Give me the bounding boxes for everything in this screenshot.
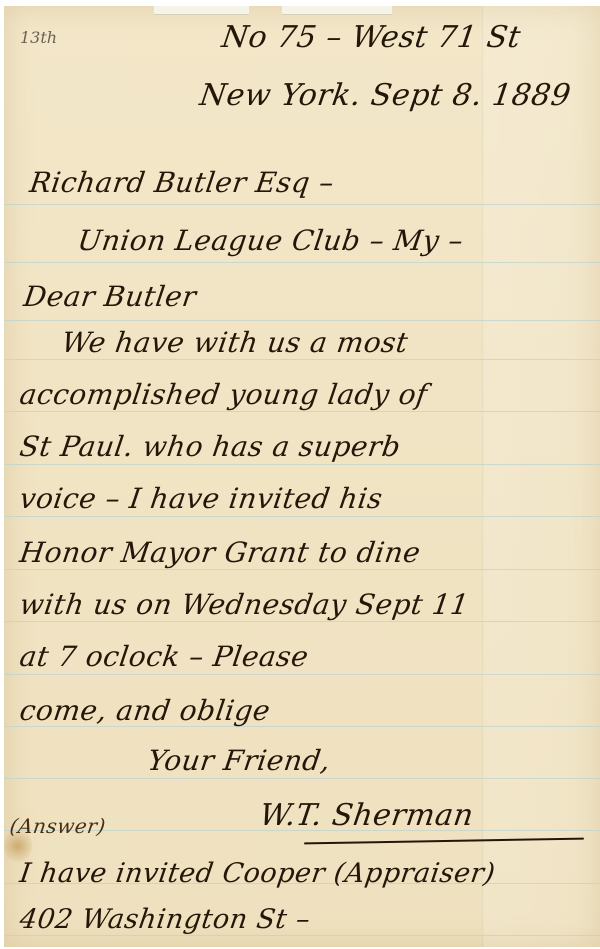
postscript-line: 402 Washington St – bbox=[18, 904, 313, 935]
ruled-line bbox=[4, 411, 600, 412]
postscript-line: I have invited Cooper (Appraiser) bbox=[18, 858, 497, 889]
answer-annotation: (Answer) bbox=[8, 814, 107, 838]
signature: W.T. Sherman bbox=[258, 798, 476, 833]
body-line: come, and oblige bbox=[18, 694, 273, 727]
signature-underline bbox=[304, 838, 584, 845]
body-line: voice – I have invited his bbox=[18, 482, 385, 515]
ruled-line bbox=[4, 674, 600, 675]
heading-place-date: New York. Sept 8. 1889 bbox=[198, 78, 574, 113]
addressee-location: Union League Club – My – bbox=[76, 224, 466, 257]
ruled-line bbox=[4, 569, 600, 570]
archival-mark: 13th bbox=[20, 28, 57, 47]
ruled-line bbox=[4, 320, 600, 321]
heading-address: No 75 – West 71 St bbox=[220, 20, 523, 55]
body-line: St Paul. who has a superb bbox=[18, 430, 403, 463]
ruled-line bbox=[4, 204, 600, 205]
body-line: accomplished young lady of bbox=[18, 378, 430, 411]
body-line: We have with us a most bbox=[60, 326, 411, 359]
ruled-line bbox=[4, 359, 600, 360]
letter-page: 13th No 75 – West 71 St New York. Sept 8… bbox=[4, 6, 600, 947]
ruled-line bbox=[4, 464, 600, 465]
ruled-line bbox=[4, 778, 600, 779]
body-line: Honor Mayor Grant to dine bbox=[18, 536, 423, 569]
ruled-line bbox=[4, 621, 600, 622]
valediction: Your Friend, bbox=[146, 744, 333, 777]
greeting: Dear Butler bbox=[22, 280, 199, 313]
body-line: with us on Wednesday Sept 11 bbox=[18, 588, 472, 621]
body-line: at 7 oclock – Please bbox=[18, 640, 311, 673]
tape-strip bbox=[154, 6, 249, 15]
ruled-line bbox=[4, 935, 600, 936]
addressee: Richard Butler Esq – bbox=[28, 166, 337, 199]
tape-strip bbox=[282, 6, 392, 15]
ruled-line bbox=[4, 516, 600, 517]
ruled-line bbox=[4, 262, 600, 263]
